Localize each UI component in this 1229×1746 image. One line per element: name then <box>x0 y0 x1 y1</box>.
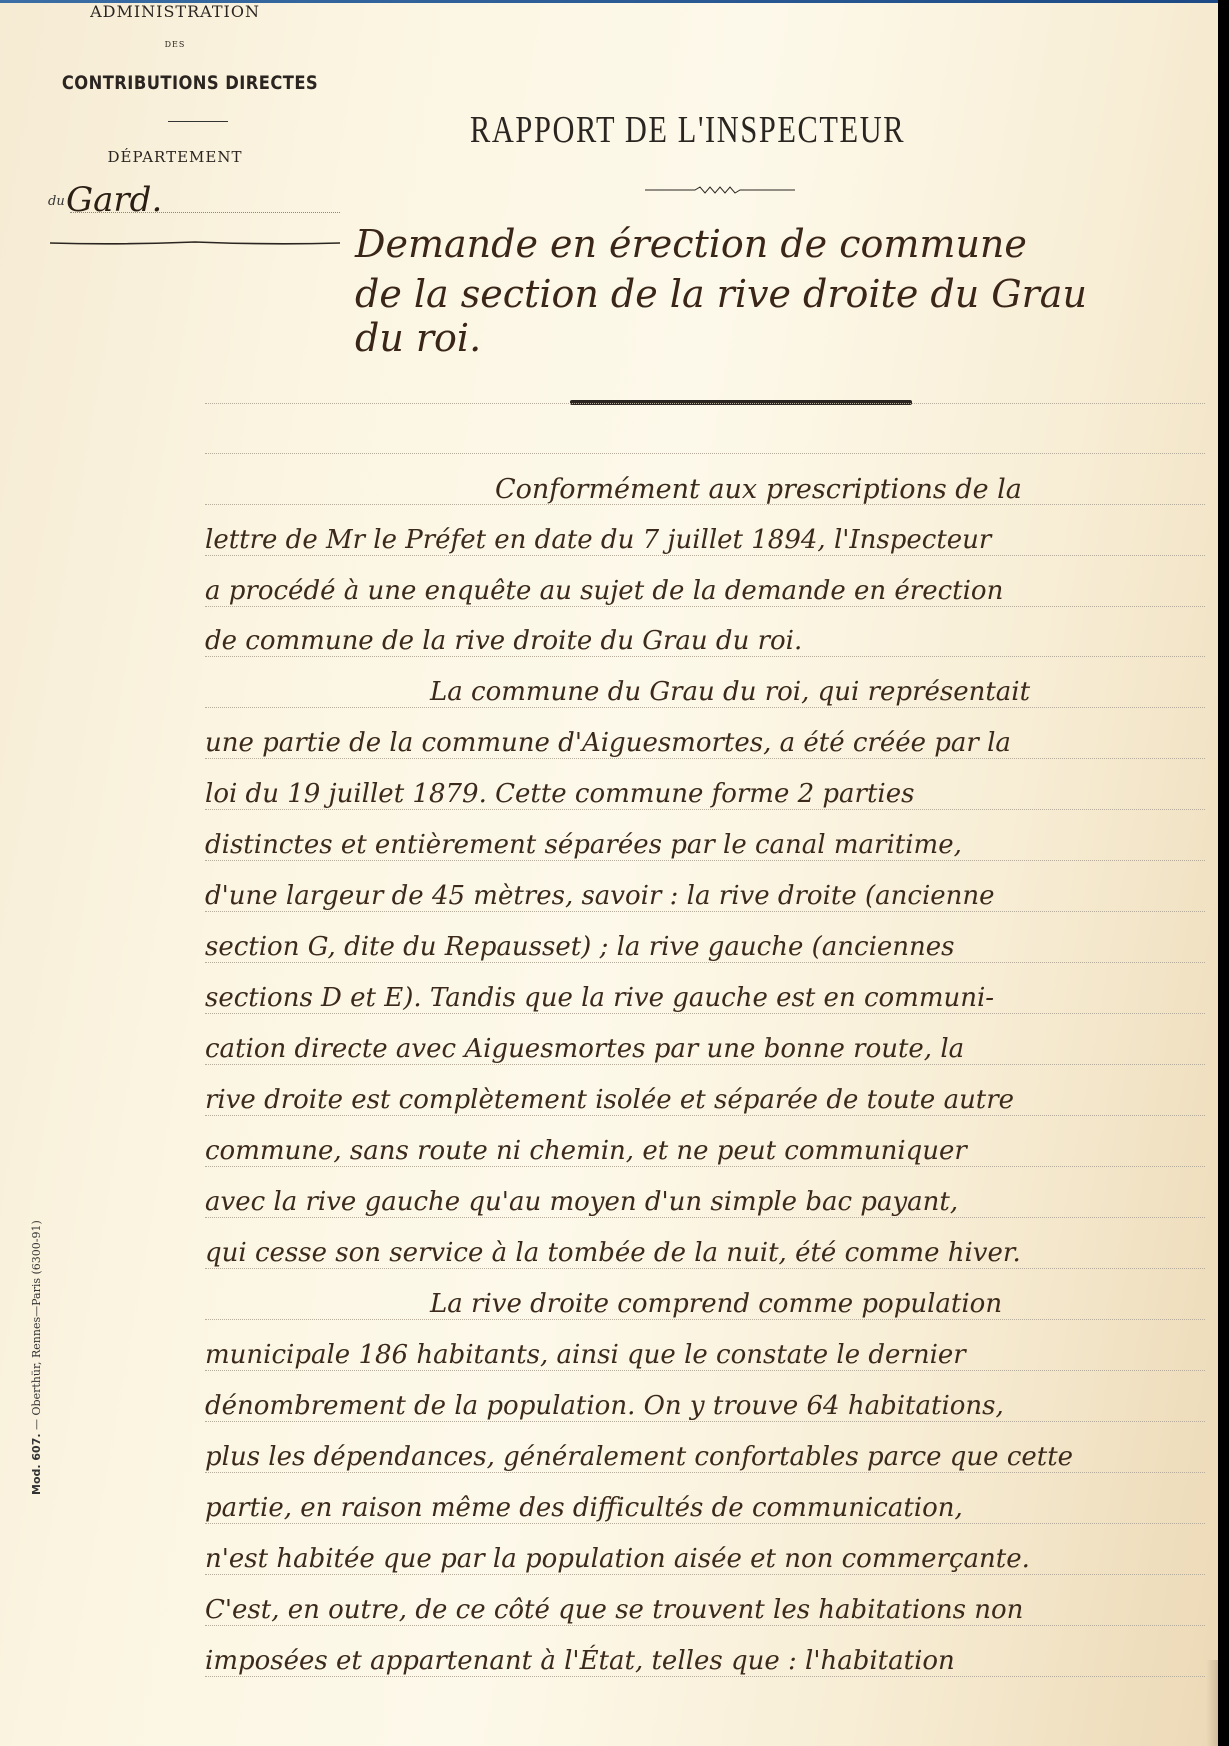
body-line: de commune de la rive droite du Grau du … <box>205 626 1215 656</box>
ornament-divider <box>645 186 795 194</box>
ruled-line <box>205 1268 1205 1269</box>
printer-imprint: Mod. 607. — Oberthür, Rennes—Paris (6300… <box>30 1220 43 1495</box>
ruled-line <box>205 809 1205 810</box>
header-contributions: CONTRIBUTIONS DIRECTES <box>61 72 319 94</box>
header-administration: ADMINISTRATION <box>60 2 290 21</box>
document-page: ADMINISTRATION DES CONTRIBUTIONS DIRECTE… <box>0 0 1218 1746</box>
body-line: une partie de la commune d'Aiguesmortes,… <box>205 728 1215 758</box>
departement-prefix: du <box>48 194 65 209</box>
body-line: a procédé à une enquête au sujet de la d… <box>205 576 1215 606</box>
flourish-divider <box>50 240 340 246</box>
subject-line-1: Demande en érection de commune <box>355 222 1027 266</box>
header-divider <box>168 121 228 122</box>
ruled-line <box>205 860 1205 861</box>
ruled-line <box>205 1166 1205 1167</box>
body-line: qui cesse son service à la tombée de la … <box>205 1238 1215 1268</box>
ruled-line <box>205 1319 1205 1320</box>
ruled-line <box>205 1574 1205 1575</box>
body-line: section G, dite du Repausset) ; la rive … <box>205 932 1215 962</box>
header-departement-label: DÉPARTEMENT <box>60 148 290 166</box>
page-fold <box>1206 1660 1218 1746</box>
body-line: La commune du Grau du roi, qui représent… <box>430 677 1218 707</box>
body-line: rive droite est complètement isolée et s… <box>205 1085 1215 1115</box>
body-line: Conformément aux prescriptions de la <box>495 474 1218 505</box>
ruled-line <box>205 606 1205 607</box>
ruled-line <box>205 758 1205 759</box>
ruled-line <box>205 453 1205 454</box>
body-line: plus les dépendances, généralement confo… <box>205 1442 1215 1472</box>
subject-line-3: du roi. <box>355 316 481 360</box>
ruled-line <box>205 403 1205 404</box>
printer-name: — Oberthür, Rennes—Paris (6300-91) <box>30 1220 43 1430</box>
ruled-line <box>205 1676 1205 1677</box>
ruled-line <box>205 1523 1205 1524</box>
ruled-line <box>205 1217 1205 1218</box>
ruled-line <box>205 1472 1205 1473</box>
ruled-line <box>205 911 1205 912</box>
body-line: d'une largeur de 45 mètres, savoir : la … <box>205 881 1215 911</box>
body-line: municipale 186 habitants, ainsi que le c… <box>205 1340 1215 1370</box>
body-line: lettre de Mr le Préfet en date du 7 juil… <box>205 525 1215 555</box>
ruled-line <box>205 1115 1205 1116</box>
subject-line-2: de la section de la rive droite du Grau <box>355 272 1087 316</box>
body-line: partie, en raison même des difficultés d… <box>205 1493 1215 1523</box>
ruled-line <box>205 1064 1205 1065</box>
ruled-line <box>205 656 1205 657</box>
body-line: imposées et appartenant à l'État, telles… <box>205 1646 1215 1676</box>
body-line: commune, sans route ni chemin, et ne peu… <box>205 1136 1215 1166</box>
body-line: distinctes et entièrement séparées par l… <box>205 830 1215 860</box>
body-line: n'est habitée que par la population aisé… <box>205 1544 1215 1574</box>
body-line: C'est, en outre, de ce côté que se trouv… <box>205 1595 1215 1625</box>
body-line: dénombrement de la population. On y trou… <box>205 1391 1215 1421</box>
ruled-line <box>205 707 1205 708</box>
body-line: loi du 19 juillet 1879. Cette commune fo… <box>205 779 1215 809</box>
departement-value: Gard. <box>66 180 162 220</box>
body-line: sections D et E). Tandis que la rive gau… <box>205 983 1215 1013</box>
body-line: cation directe avec Aiguesmortes par une… <box>205 1034 1215 1064</box>
model-number: Mod. 607. <box>30 1433 43 1495</box>
body-line: avec la rive gauche qu'au moyen d'un sim… <box>205 1187 1215 1217</box>
ruled-line <box>205 1625 1205 1626</box>
ruled-line <box>205 1013 1205 1014</box>
report-title: RAPPORT DE L'INSPECTEUR <box>470 108 905 152</box>
ruled-line <box>205 555 1205 556</box>
body-line: La rive droite comprend comme population <box>430 1289 1218 1319</box>
ruled-line <box>205 962 1205 963</box>
header-des: DES <box>60 40 290 49</box>
departement-field: du Gard. <box>48 186 338 216</box>
ruled-line <box>205 1370 1205 1371</box>
ruled-line <box>205 1421 1205 1422</box>
